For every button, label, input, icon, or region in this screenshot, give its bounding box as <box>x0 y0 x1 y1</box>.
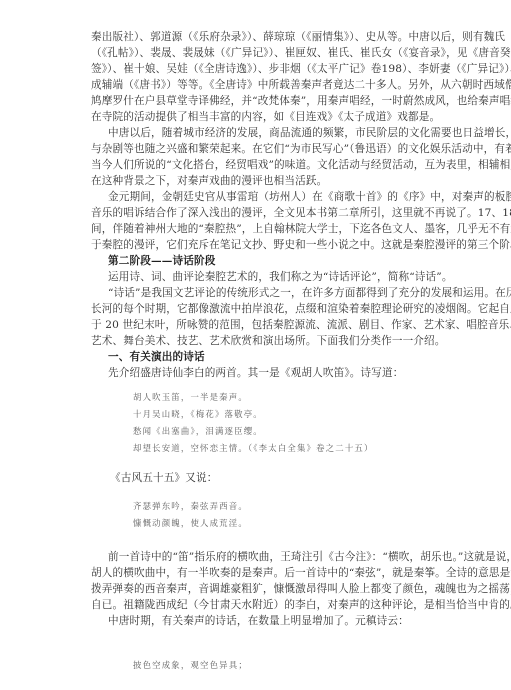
text-line: 拨弄弹奏的西音秦声，音调雄豪粗犷，慷慨激昂得叫人脸上都变了颜色，魂魄也为之摇荡，… <box>91 583 491 596</box>
text-line: 在这种背景之下，对秦声戏曲的漫评也相当活跃。 <box>91 175 491 188</box>
text-line: 艺术、舞台美术、技艺、艺术欣赏和演出场所。下面我们分类作一一介绍。 <box>91 335 491 348</box>
text-line: 在寺院的活动提供了相当丰富的内容，如《目连戏》《太子成道》戏都是。 <box>91 111 491 124</box>
text-line: “诗话”是我国文艺评论的传统形式之一，在许多方面都得到了充分的发展和运用。在历史 <box>108 287 491 300</box>
text-line: 于秦腔的漫评，它们充斥在笔记文抄、野史和一些小说之中。这就是秦腔漫评的第三个阶段… <box>91 239 491 252</box>
text-line: 音乐的唱诉结合作了深入浅出的漫评，全文见本书第二章所引，这里就不再说了。17、1… <box>91 207 491 220</box>
text-line: 成辅端（《唐书》）等等。《全唐诗》中所载善秦声者竟达二十多人。另外，从六朝时西域… <box>91 79 491 92</box>
text-line: 秦出版社）、郭道源（《乐府杂录》）、薛琼琼（《丽情集》）、史从等。中唐以后，则有… <box>91 31 491 44</box>
text-line: （《孔帖》）、裴晟、裴晟妹（《广异记》）、崔匣奴、崔氏、崔氏女（《宴音录》，见《… <box>91 47 491 60</box>
text-line: 运用诗、词、曲评论秦腔艺术的，我们称之为“诗话评论”，简称“诗话”。 <box>108 271 491 284</box>
text-line: 鸠摩罗什在户县草堂寺译佛经，并“改梵体秦”，用秦声唱经，一时蔚然成风，也给秦声唱… <box>91 95 491 108</box>
book-page: 秦出版社）、郭道源（《乐府杂录》）、薛琼琼（《丽情集》）、史从等。中唐以后，则有… <box>0 0 511 690</box>
poem-line: 愁闻《出塞曲》，泪满逐臣缨。 <box>133 425 263 437</box>
text-line: 与杂剧等也随之兴盛和繁荣起来。在它们“为市民写心”（鲁迅语）的文化娱乐活动中，有… <box>91 143 491 156</box>
text-line: 于 20 世纪末叶，所咏赞的范围，包括秦腔源流、流派、剧目、作家、艺术家、唱腔音… <box>91 319 491 332</box>
section-heading: 第二阶段——诗话阶段 <box>108 255 491 268</box>
text-line: 前一首诗中的“笛”指乐府的横吹曲，王琦注引《古今注》：“横吹，胡乐也。”这就是说… <box>108 551 491 564</box>
text-line: 中唐以后，随着城市经济的发展，商品流通的频繁，市民阶层的文化需要也日益增长，话本 <box>108 127 491 140</box>
poem-line: 却望长安道，空怀恋主情。（《李太白全集》卷之二十五） <box>133 442 374 454</box>
text-line: 《古风五十五》又说： <box>110 472 510 485</box>
text-line: 金元期间，金朝廷史官从事雷琯（坊州人）在《商歌十首》的《序》中，对秦声的板腔体 <box>108 191 491 204</box>
poem-line: 慷慨动颜魄，使人成荒淫。 <box>133 517 248 529</box>
poem-line: 披色空成象，观空色异具； <box>133 659 248 671</box>
poem-line: 十月吴山晓，《梅花》落敬亭。 <box>133 408 263 420</box>
text-line: 胡人的横吹曲中，有一半吹奏的是秦声。后一首诗中的“秦弦”，就是秦筝。全诗的意思是… <box>91 567 491 580</box>
poem-line: 胡人吹玉笛，一半是秦声。 <box>133 391 248 403</box>
text-line: 间，伴随着神州大地的“秦腔热”，上自翰林院大学士，下迄各色文人、墨客，几乎无不有… <box>91 223 491 236</box>
text-line: 签》）、崔十娘、吴娃（《全唐诗逸》）、步非烟（《太平广记》卷198）、李妍妻（《… <box>91 63 491 76</box>
text-line: 长河的每个时期，它都像激流中拍岸浪花，点缀和渲染着秦腔理论研究的凌烟阁。它起自唐… <box>91 303 491 316</box>
text-line: 中唐时期，有关秦声的诗话，在数量上明显增加了。元稹诗云： <box>108 615 491 628</box>
subheading: 一、有关演出的诗话 <box>108 351 491 364</box>
text-line: 先介绍盛唐诗仙李白的两首。其一是《观胡人吹笛》。诗写道： <box>108 367 491 380</box>
text-line: 当今人们所说的“文化搭台，经贸唱戏”的味道。文化活动与经贸活动，互为表里，相辅相… <box>91 159 491 172</box>
text-line: 自已。祖籍陇西成纪（今甘肃天水附近）的李白，对秦声的这种评论，是相当恰当中肯的。 <box>91 599 491 612</box>
poem-line: 齐瑟弹东吟，秦弦弄西音。 <box>133 500 248 512</box>
